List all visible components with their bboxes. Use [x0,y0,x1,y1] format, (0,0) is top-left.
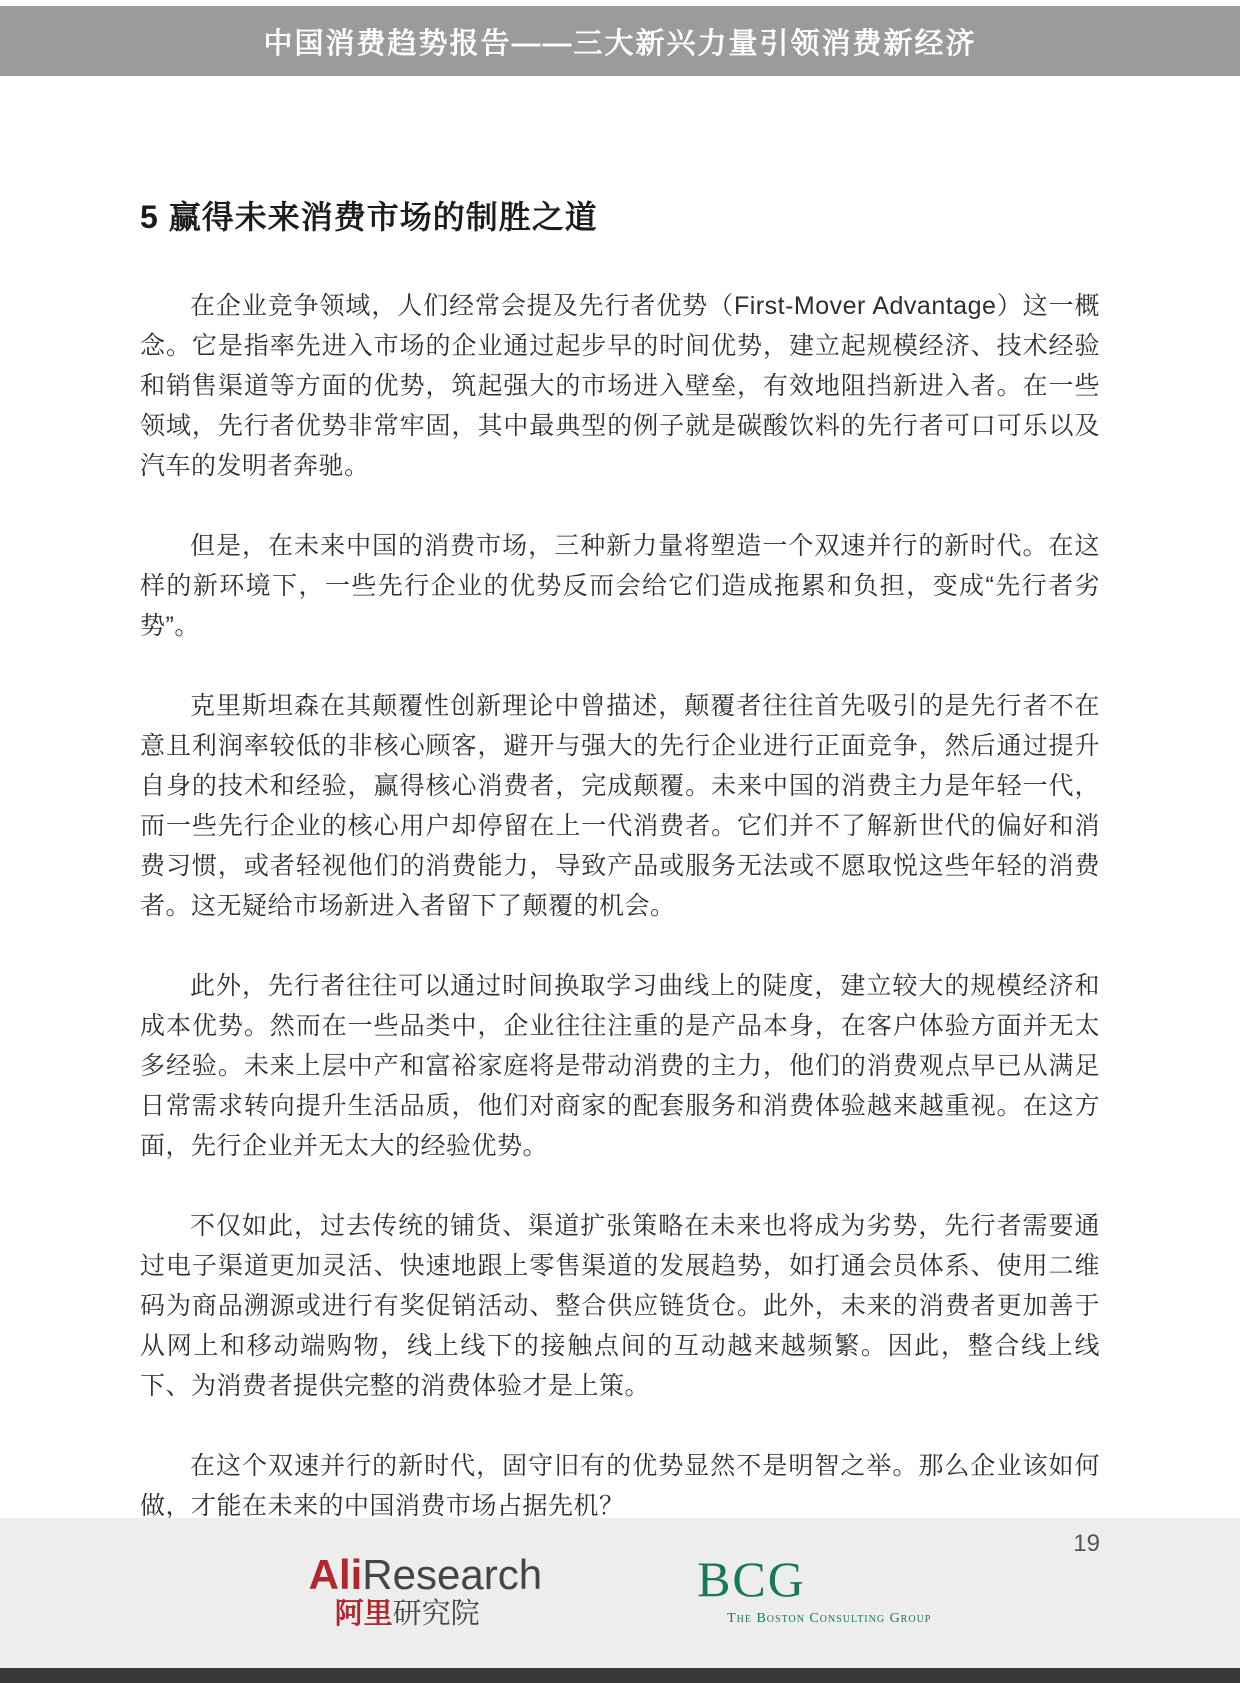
paragraph-disruption-theory: 克里斯坦森在其颠覆性创新理论中曾描述，颠覆者往往首先吸引的是先行者不在意且利润率… [140,686,1100,926]
aliresearch-logo-ali-text: Ali [309,1551,363,1598]
footer-logos: AliResearch 阿里研究院 BCG The Boston Consult… [0,1518,1240,1629]
paragraph-first-mover-advantage: 在企业竞争领域，人们经常会提及先行者优势（First-Mover Advanta… [140,286,1100,486]
page-content: 5 赢得未来消费市场的制胜之道 在企业竞争领域，人们经常会提及先行者优势（Fir… [0,76,1240,1518]
aliresearch-logo-cn: 阿里研究院 [309,1600,542,1629]
report-page: 中国消费趋势报告——三大新兴力量引领消费新经济 5 赢得未来消费市场的制胜之道 … [0,0,1240,1683]
aliresearch-logo-cn-dark-text: 研究院 [393,1598,480,1630]
aliresearch-logo: AliResearch 阿里研究院 [309,1554,542,1629]
paragraph-channel-strategy: 不仅如此，过去传统的铺货、渠道扩张策略在未来也将成为劣势，先行者需要通过电子渠道… [140,1206,1100,1406]
aliresearch-logo-en: AliResearch [309,1554,542,1596]
bcg-logo-acronym: BCG [697,1554,931,1604]
section-heading: 5 赢得未来消费市场的制胜之道 [140,192,1100,238]
aliresearch-logo-research-text: Research [362,1551,542,1598]
page-footer: 19 AliResearch 阿里研究院 BCG The Boston Cons… [0,1518,1240,1668]
report-title: 中国消费趋势报告——三大新兴力量引领消费新经济 [263,21,976,62]
aliresearch-logo-cn-red-text: 阿里 [335,1598,393,1630]
paragraph-closing-question: 在这个双速并行的新时代，固守旧有的优势显然不是明智之举。那么企业该如何做，才能在… [140,1446,1100,1526]
page-header: 中国消费趋势报告——三大新兴力量引领消费新经济 [0,6,1240,76]
paragraph-experience-advantage: 此外，先行者往往可以通过时间换取学习曲线上的陡度，建立较大的规模经济和成本优势。… [140,966,1100,1166]
bcg-logo: BCG The Boston Consulting Group [697,1554,931,1626]
bottom-accent-bar [0,1668,1240,1683]
bcg-logo-subtitle: The Boston Consulting Group [697,1612,931,1626]
paragraph-first-mover-disadvantage: 但是，在未来中国的消费市场，三种新力量将塑造一个双速并行的新时代。在这样的新环境… [140,526,1100,646]
page-number: 19 [1073,1530,1100,1558]
